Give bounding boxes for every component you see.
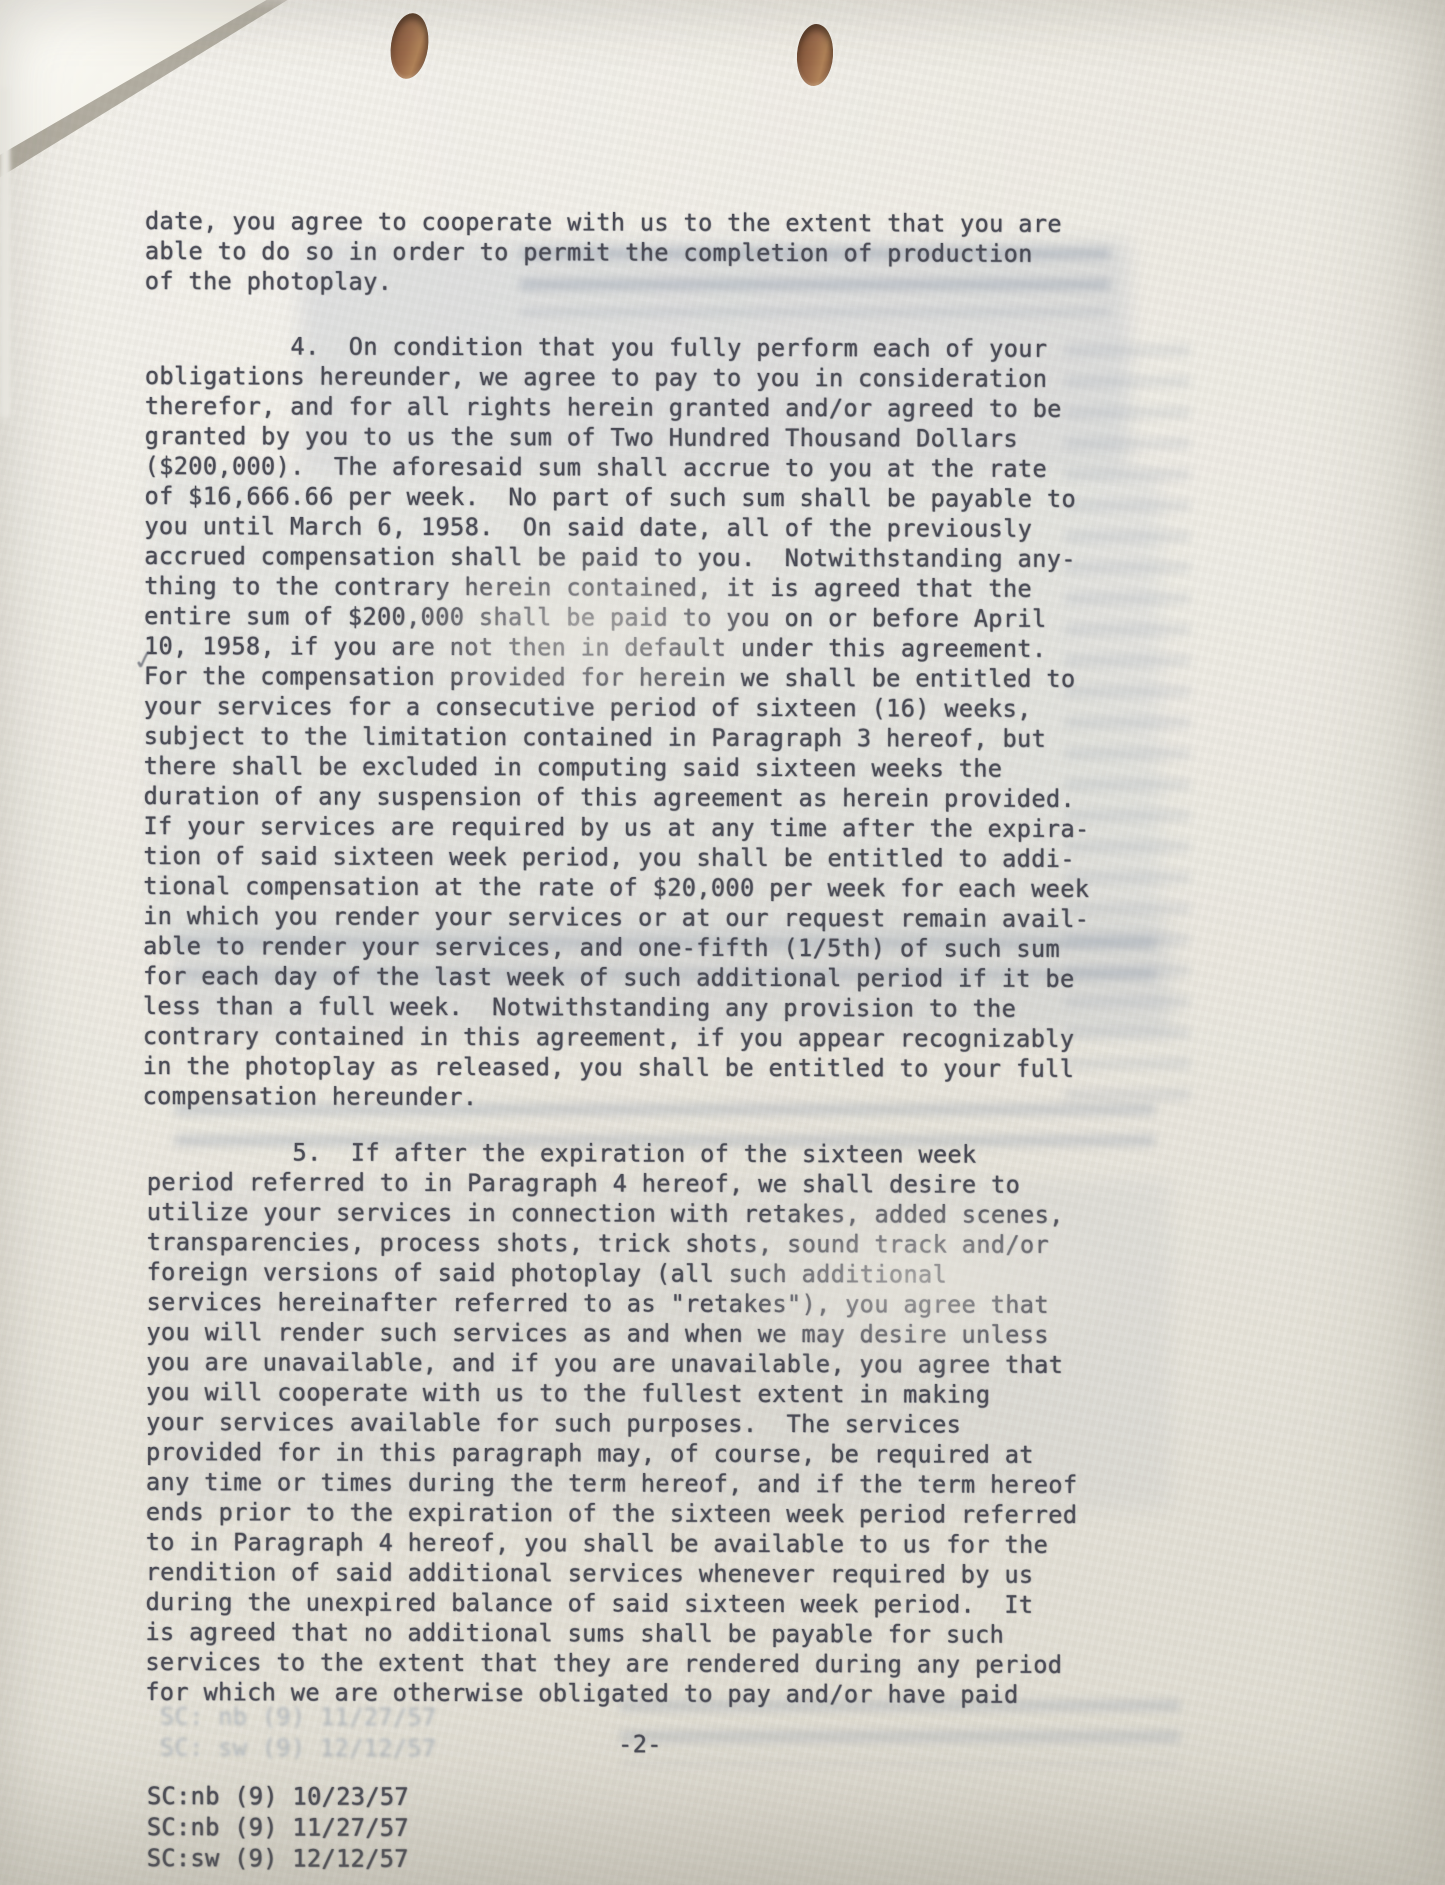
punch-hole-left: [387, 11, 433, 82]
footer-notations: SC:nb (9) 10/23/57 SC:nb (9) 11/27/57 SC…: [147, 1781, 409, 1875]
paragraph-5: 5. If after the expiration of the sixtee…: [145, 1137, 1078, 1710]
punch-hole-right: [795, 23, 835, 87]
page-number: -2-: [560, 1729, 720, 1760]
photographed-contract-page: date, you agree to cooperate with us to …: [0, 0, 1445, 1885]
ghost-footer-notations: SC: nb (9) 11/27/57 SC: sw (9) 12/12/57: [160, 1702, 437, 1765]
intro-paragraph-continuation: date, you agree to cooperate with us to …: [145, 206, 1062, 299]
paragraph-4: 4. On condition that you fully perform e…: [143, 331, 1092, 1114]
overlapping-sheet-edge: [0, 88, 10, 418]
